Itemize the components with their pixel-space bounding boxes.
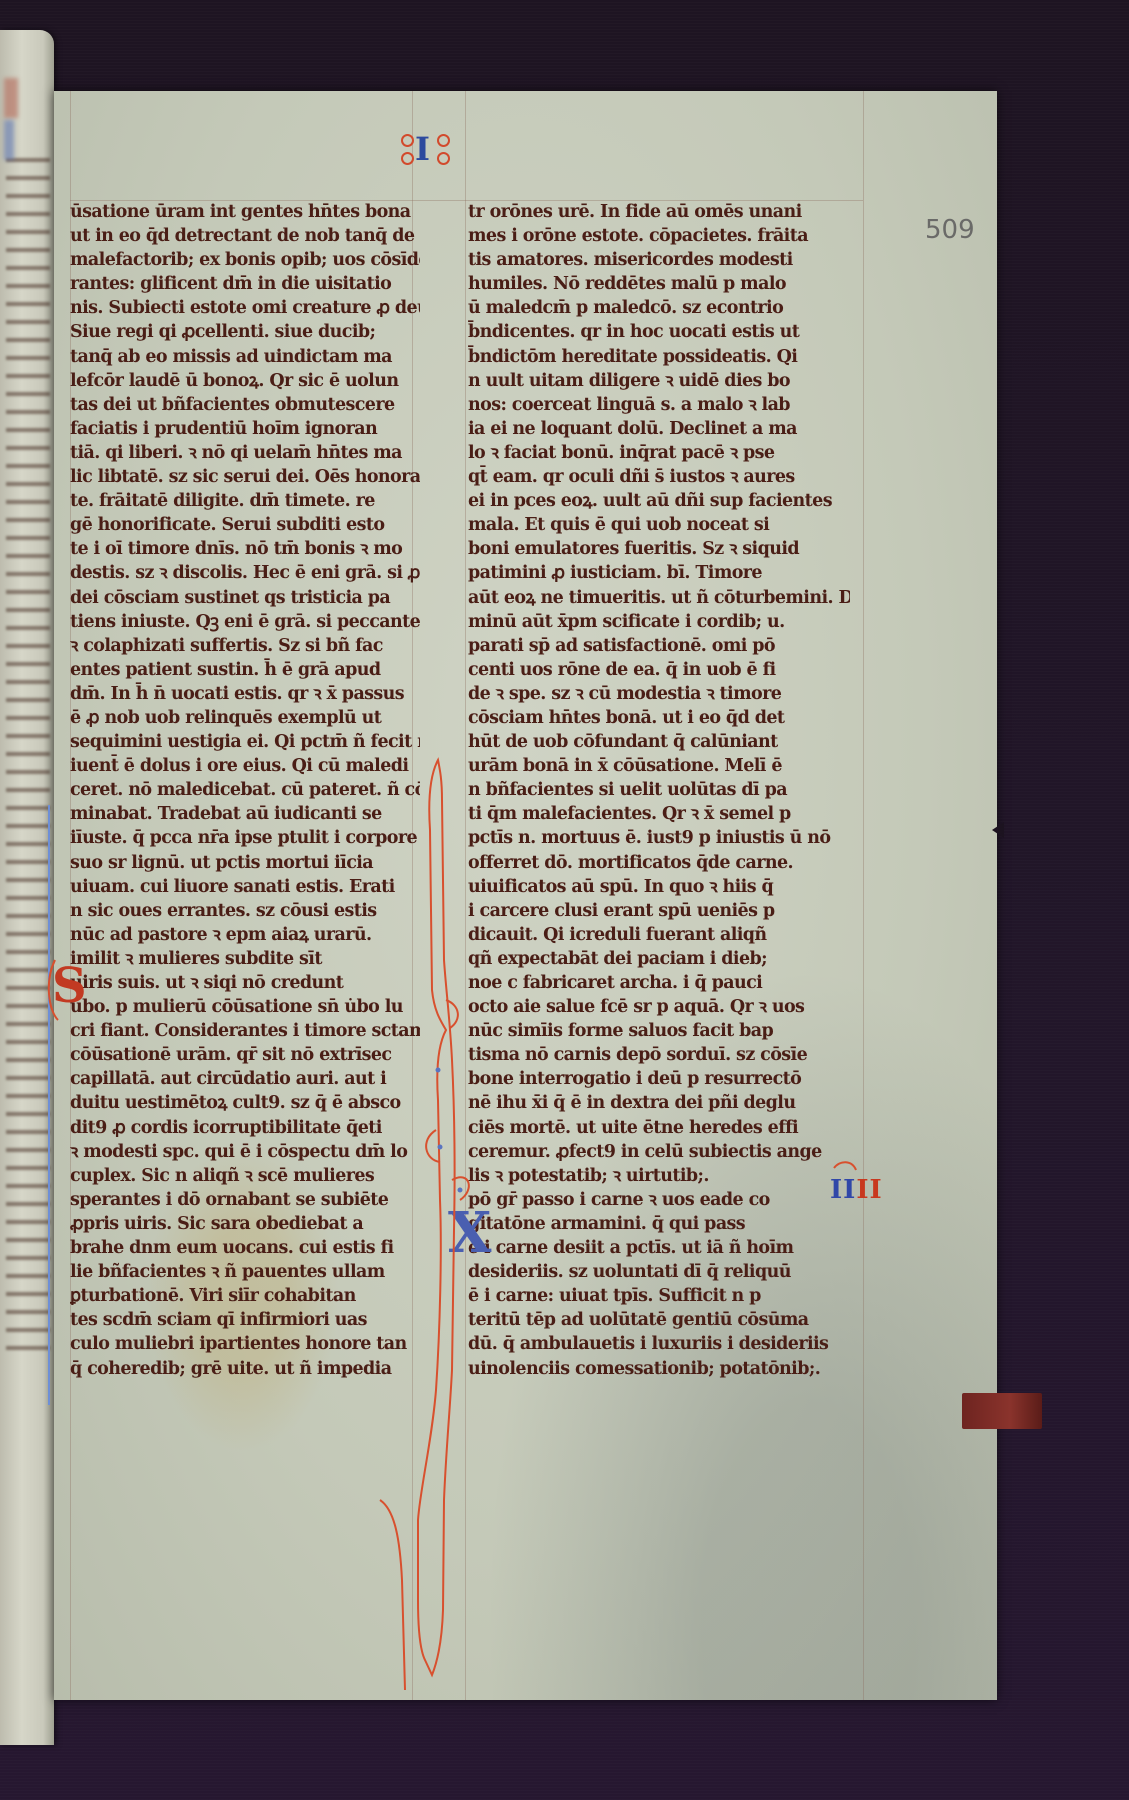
red-penwork-flourish	[0, 0, 1129, 1800]
leather-bookmark-tab[interactable]	[962, 1393, 1042, 1429]
